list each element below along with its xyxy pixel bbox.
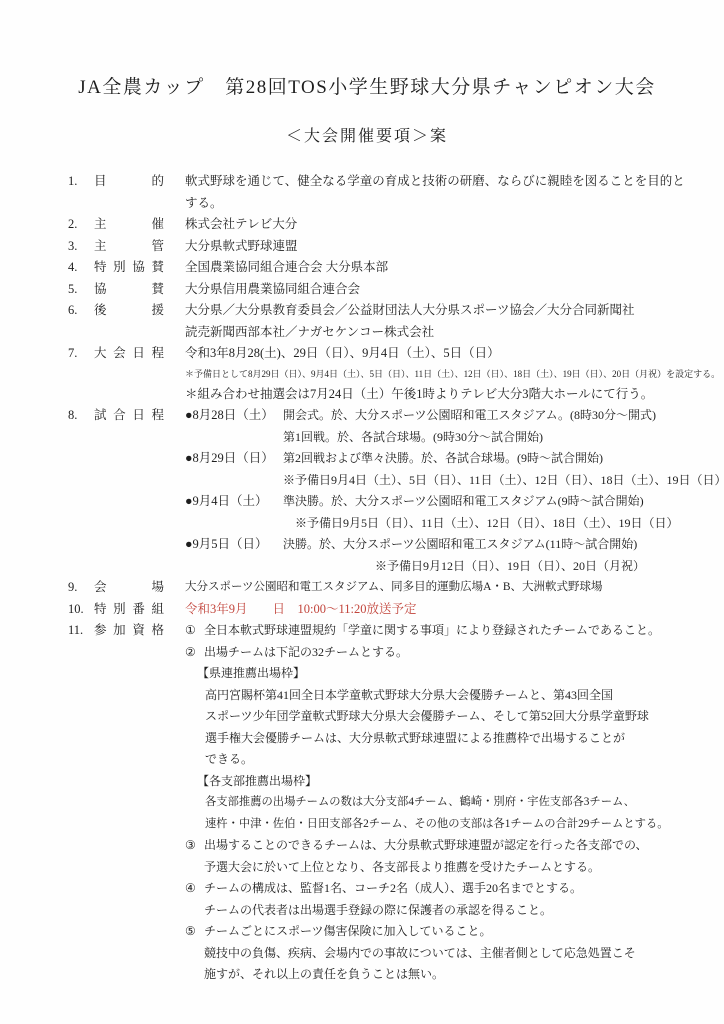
text-line: 株式会社テレビ大分 bbox=[185, 214, 666, 236]
text-line: 大分スポーツ公園昭和電工スタジアム、同多目的運動広場A・B、大洲軟式野球場 bbox=[185, 577, 666, 599]
item-label: 特別番組 bbox=[94, 599, 164, 621]
item-content: 全国農業協同組合連合会 大分県本部 bbox=[185, 257, 666, 279]
item-organizer: 2. 主催 株式会社テレビ大分 bbox=[68, 214, 666, 236]
item-label: 主管 bbox=[94, 236, 164, 258]
text-line: 開会式。於、大分スポーツ公園昭和電工スタジアム。(8時30分～開式) bbox=[283, 405, 666, 427]
text-line: スポーツ少年団学童軟式野球大分県大会優勝チーム、そして第52回大分県学童野球 bbox=[185, 706, 666, 728]
text-line: 決勝。於、大分スポーツ公園昭和電工スタジアム(11時～試合開始) bbox=[283, 534, 666, 556]
drawing-note: ＊組み合わせ抽選会は7月24日（土）午後1時よりテレビ大分3階大ホールにて行う。 bbox=[185, 384, 666, 406]
text-line: 予選大会に於いて上位となり、各支部長より推薦を受けたチームとする。 bbox=[185, 857, 666, 879]
item-number: 9. bbox=[68, 577, 94, 599]
text-line: 高円宮賜杯第41回全日本学童軟式野球大分県大会優勝チームと、第43回全国 bbox=[185, 685, 666, 707]
item-purpose: 1. 目的 軟式野球を通じて、健全なる学童の育成と技術の研磨、ならびに親睦を図る… bbox=[68, 171, 666, 214]
item-number: 2. bbox=[68, 214, 94, 236]
eligibility-content: ① 全日本軟式野球連盟規約「学童に関する事項」により登録されたチームであること。… bbox=[185, 620, 666, 986]
circled-number: ③ bbox=[185, 835, 204, 857]
text-line: できる。 bbox=[185, 749, 666, 771]
item-content: 令和3年8月28(土)、29日（日）、9月4日（土）、5日（日） ＊予備日として… bbox=[185, 343, 666, 405]
circled-number: ① bbox=[185, 620, 204, 642]
item-content: 大分スポーツ公園昭和電工スタジアム、同多目的運動広場A・B、大洲軟式野球場 bbox=[185, 577, 666, 599]
item-label: 後援 bbox=[94, 300, 164, 322]
text-line: チームごとにスポーツ傷害保険に加入していること。 bbox=[204, 921, 666, 943]
item-sponsor: 5. 協賛 大分県信用農業協同組合連合会 bbox=[68, 279, 666, 301]
item-number: 7. bbox=[68, 343, 94, 365]
schedule-list: ●8月28日（土） 開会式。於、大分スポーツ公園昭和電工スタジアム。(8時30分… bbox=[185, 405, 666, 577]
doc-subtitle: ＜大会開催要項＞案 bbox=[68, 123, 666, 146]
schedule-desc: 準決勝。於、大分スポーツ公園昭和電工スタジアム(9時～試合開始) ※予備日9月5… bbox=[283, 491, 666, 534]
text-line: 全国農業協同組合連合会 大分県本部 bbox=[185, 257, 666, 279]
text-line: 準決勝。於、大分スポーツ公園昭和電工スタジアム(9時～試合開始) bbox=[283, 491, 666, 513]
item-label: 大会日程 bbox=[94, 343, 164, 365]
text-line: する。 bbox=[185, 193, 666, 215]
item-eligibility: 11. 参加資格 ① 全日本軟式野球連盟規約「学童に関する事項」により登録された… bbox=[68, 620, 666, 986]
text-line: チームの構成は、監督1名、コーチ2名（成人）、選手20名までとする。 bbox=[204, 878, 666, 900]
text-line: 第2回戦および準々決勝。於、各試合球場。(9時～試合開始) bbox=[283, 448, 666, 470]
text-line: 軟式野球を通じて、健全なる学童の育成と技術の研磨、ならびに親睦を図ることを目的と bbox=[185, 171, 666, 193]
text-line: 第1回戦。於、各試合球場。(9時30分～試合開始) bbox=[283, 427, 666, 449]
item-number: 11. bbox=[68, 620, 94, 642]
schedule-desc: 開会式。於、大分スポーツ公園昭和電工スタジアム。(8時30分～開式) 第1回戦。… bbox=[283, 405, 666, 448]
schedule-entry: ●8月28日（土） 開会式。於、大分スポーツ公園昭和電工スタジアム。(8時30分… bbox=[185, 405, 666, 448]
reserve-note: ※予備日9月5日（日）、11日（土）、12日（日）、18日（土）、19日（日） bbox=[283, 513, 666, 535]
eligibility-sub-item: ③ 出場することのできるチームは、大分県軟式野球連盟が認定を行った各支部での、 bbox=[185, 835, 666, 857]
schedule-entry: ●9月5日（日） 決勝。於、大分スポーツ公園昭和電工スタジアム(11時～試合開始… bbox=[185, 534, 666, 577]
eligibility-sub-item: ① 全日本軟式野球連盟規約「学童に関する事項」により登録されたチームであること。 bbox=[185, 620, 666, 642]
item-content: 軟式野球を通じて、健全なる学童の育成と技術の研磨、ならびに親睦を図ることを目的と… bbox=[185, 171, 666, 214]
item-number: 3. bbox=[68, 236, 94, 258]
item-tv-program: 10. 特別番組 令和3年9月 日 10:00～11:20放送予定 bbox=[68, 599, 666, 621]
schedule-desc: 第2回戦および準々決勝。於、各試合球場。(9時～試合開始) ※予備日9月4日（土… bbox=[283, 448, 666, 491]
schedule-date: ●9月4日（土） bbox=[185, 491, 283, 534]
text-line: 大分県軟式野球連盟 bbox=[185, 236, 666, 258]
schedule-entry: ●8月29日（日） 第2回戦および準々決勝。於、各試合球場。(9時～試合開始) … bbox=[185, 448, 666, 491]
doc-body: 1. 目的 軟式野球を通じて、健全なる学童の育成と技術の研磨、ならびに親睦を図る… bbox=[68, 171, 666, 986]
text-line: 全日本軟式野球連盟規約「学童に関する事項」により登録されたチームであること。 bbox=[204, 620, 666, 642]
circled-number: ② bbox=[185, 642, 204, 664]
item-number: 4. bbox=[68, 257, 94, 279]
circled-number: ⑤ bbox=[185, 921, 204, 943]
text-line: 選手権大会優勝チームは、大分県軟式野球連盟による推薦枠で出場することが bbox=[185, 728, 666, 750]
schedule-date: ●8月28日（土） bbox=[185, 405, 283, 448]
text-line: 速杵・中津・佐伯・日田支部各2チーム、その他の支部は各1チームの合計29チームと… bbox=[185, 814, 666, 836]
item-label: 主催 bbox=[94, 214, 164, 236]
text-line: 読売新聞西部本社／ナガセケンコー株式会社 bbox=[185, 322, 666, 344]
item-number: 6. bbox=[68, 300, 94, 322]
item-number: 10. bbox=[68, 599, 94, 621]
item-management: 3. 主管 大分県軟式野球連盟 bbox=[68, 236, 666, 258]
item-label: 協賛 bbox=[94, 279, 164, 301]
item-game-schedule: 8. 試合日程 ●8月28日（土） 開会式。於、大分スポーツ公園昭和電工スタジア… bbox=[68, 405, 666, 577]
doc-title: JA全農カップ 第28回TOS小学生野球大分県チャンピオン大会 bbox=[68, 72, 666, 99]
bracket-heading: 【各支部推薦出場枠】 bbox=[185, 771, 666, 793]
text-line: チームの代表者は出場選手登録の際に保護者の承認を得ること。 bbox=[185, 900, 666, 922]
item-venue: 9. 会場 大分スポーツ公園昭和電工スタジアム、同多目的運動広場A・B、大洲軟式… bbox=[68, 577, 666, 599]
eligibility-sub-item: ② 出場チームは下記の32チームとする。 bbox=[185, 642, 666, 664]
item-support: 6. 後援 大分県／大分県教育委員会／公益財団法人大分県スポーツ協会／大分合同新… bbox=[68, 300, 666, 343]
text-line: 競技中の負傷、疾病、会場内での事故については、主催者側として応急処置こそ bbox=[185, 943, 666, 965]
item-special-sponsor: 4. 特別協賛 全国農業協同組合連合会 大分県本部 bbox=[68, 257, 666, 279]
eligibility-sub-item: ④ チームの構成は、監督1名、コーチ2名（成人）、選手20名までとする。 bbox=[185, 878, 666, 900]
item-label: 会場 bbox=[94, 577, 164, 599]
schedule-date: ●8月29日（日） bbox=[185, 448, 283, 491]
schedule-date: ●9月5日（日） bbox=[185, 534, 283, 577]
reserve-note: ※予備日9月12日（日）、19日（日）、20日（月祝） bbox=[283, 556, 666, 578]
schedule-entry: ●9月4日（土） 準決勝。於、大分スポーツ公園昭和電工スタジアム(9時～試合開始… bbox=[185, 491, 666, 534]
document-page: JA全農カップ 第28回TOS小学生野球大分県チャンピオン大会 ＜大会開催要項＞… bbox=[0, 0, 724, 1024]
broadcast-schedule-text: 令和3年9月 日 10:00～11:20放送予定 bbox=[185, 599, 666, 621]
item-number: 5. bbox=[68, 279, 94, 301]
eligibility-sub-item: ⑤ チームごとにスポーツ傷害保険に加入していること。 bbox=[185, 921, 666, 943]
text-line: 令和3年8月28(土)、29日（日）、9月4日（土）、5日（日） bbox=[185, 343, 666, 365]
item-content: 大分県信用農業協同組合連合会 bbox=[185, 279, 666, 301]
text-line: 出場することのできるチームは、大分県軟式野球連盟が認定を行った各支部での、 bbox=[204, 835, 666, 857]
text-line: 出場チームは下記の32チームとする。 bbox=[204, 642, 666, 664]
item-number: 1. bbox=[68, 171, 94, 193]
item-number: 8. bbox=[68, 405, 94, 427]
circled-number: ④ bbox=[185, 878, 204, 900]
item-event-dates: 7. 大会日程 令和3年8月28(土)、29日（日）、9月4日（土）、5日（日）… bbox=[68, 343, 666, 405]
text-line: 大分県／大分県教育委員会／公益財団法人大分県スポーツ協会／大分合同新聞社 bbox=[185, 300, 666, 322]
text-line: 各支部推薦の出場チームの数は大分支部4チーム、鶴崎・別府・宇佐支部各3チーム、 bbox=[185, 792, 666, 814]
item-content: 株式会社テレビ大分 bbox=[185, 214, 666, 236]
reserve-days-note: ＊予備日として8月29日（日）、9月4日（土）、5日（日）、11日（土）、12日… bbox=[185, 365, 666, 384]
bracket-heading: 【県連推薦出場枠】 bbox=[185, 663, 666, 685]
schedule-desc: 決勝。於、大分スポーツ公園昭和電工スタジアム(11時～試合開始) ※予備日9月1… bbox=[283, 534, 666, 577]
text-line: 大分県信用農業協同組合連合会 bbox=[185, 279, 666, 301]
text-line: 施すが、それ以上の責任を負うことは無い。 bbox=[185, 964, 666, 986]
item-label: 試合日程 bbox=[94, 405, 164, 427]
item-content: 令和3年9月 日 10:00～11:20放送予定 bbox=[185, 599, 666, 621]
item-label: 特別協賛 bbox=[94, 257, 164, 279]
reserve-note: ※予備日9月4日（土）、5日（日）、11日（土）、12日（日）、18日（土）、1… bbox=[283, 470, 666, 492]
item-label: 参加資格 bbox=[94, 620, 164, 642]
item-content: 大分県軟式野球連盟 bbox=[185, 236, 666, 258]
item-content: 大分県／大分県教育委員会／公益財団法人大分県スポーツ協会／大分合同新聞社 読売新… bbox=[185, 300, 666, 343]
item-label: 目的 bbox=[94, 171, 164, 193]
